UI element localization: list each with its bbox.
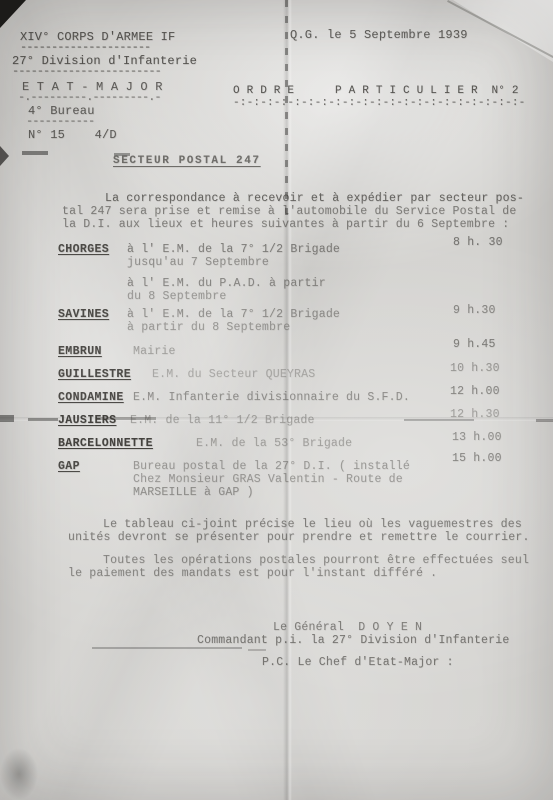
- schedule-detail: à l' E.M. du P.A.D. à partir: [127, 277, 326, 290]
- schedule-detail: à l' E.M. de la 7° 1/2 Brigade: [127, 308, 340, 321]
- closing-line: Le tableau ci-joint précise le lieu où l…: [103, 518, 522, 531]
- letterhead-rule: -----------: [26, 114, 94, 128]
- schedule-detail: Bureau postal de la 27° D.I. ( installé: [133, 460, 410, 473]
- schedule-detail: E.M. du Secteur QUEYRAS: [152, 368, 315, 381]
- schedule-detail: Mairie: [133, 345, 176, 358]
- schedule-time: 15 h.00: [452, 452, 502, 465]
- crease-mark: [22, 151, 48, 155]
- intro-line: La correspondance à recevoir et à expédi…: [105, 192, 524, 205]
- folded-corner-top-right: [453, 0, 553, 62]
- order-title: O R D R E P A R T I C U L I E R N° 2: [233, 85, 519, 97]
- schedule-place-condamine: CONDAMINE: [58, 391, 124, 404]
- schedule-place-chorges: CHORGES: [58, 243, 109, 256]
- letterhead-rule: -.---------.---------.-: [18, 90, 161, 104]
- closing-line: unités devront se présenter pour prendre…: [68, 531, 530, 544]
- dateline: Q.G. le 5 Septembre 1939: [290, 28, 468, 42]
- closing-line: le paiement des mandats est pour l'insta…: [68, 567, 437, 580]
- schedule-place-savines: SAVINES: [58, 308, 109, 321]
- scratch-mark: [248, 649, 266, 651]
- closing-line: Toutes les opérations postales pourront …: [103, 554, 529, 567]
- schedule-detail: du 8 Septembre: [127, 290, 226, 303]
- schedule-place-jausiers: JAUSIERS: [58, 414, 116, 427]
- letterhead-rule: ------------------------: [12, 64, 161, 78]
- schedule-place-barcelonnette: BARCELONNETTE: [58, 437, 153, 450]
- letterhead-rule: ---------------------: [20, 40, 150, 54]
- schedule-time: 12 h.00: [450, 385, 500, 398]
- reference-number: N° 15 4/D: [28, 128, 117, 142]
- schedule-detail: E.M. Infanterie divisionnaire du S.F.D.: [133, 391, 410, 404]
- schedule-detail: Chez Monsieur GRAS Valentin - Route de: [133, 473, 403, 486]
- scratch-mark: [92, 647, 242, 649]
- signature-role: Commandant p.i. la 27° Division d'Infant…: [197, 634, 509, 647]
- subject-heading: SECTEUR POSTAL 247: [113, 155, 261, 167]
- crease-mark: [28, 418, 58, 421]
- smudge-bottom-left: [0, 748, 38, 800]
- schedule-place-embrun: EMBRUN: [58, 345, 102, 358]
- schedule-time: 9 h.30: [453, 304, 496, 317]
- intro-line: tal 247 sera prise et remise à l'automob…: [62, 205, 516, 218]
- signature-officer: Le Général D O Y E N: [273, 621, 422, 634]
- schedule-time: 12 h.30: [450, 408, 500, 421]
- schedule-detail: E.M. de la 11° 1/2 Brigade: [130, 414, 315, 427]
- schedule-time: 8 h. 30: [453, 236, 503, 249]
- schedule-detail: à l' E.M. de la 7° 1/2 Brigade: [127, 243, 340, 256]
- order-title-underline: -:-:-:-:-:-:-:-:-:-:-:-:-:-:-:-:-:-:-:-:…: [233, 97, 525, 109]
- schedule-place-guillestre: GUILLESTRE: [58, 368, 131, 381]
- signature-po-line: P.C. Le Chef d'Etat-Major :: [262, 656, 454, 669]
- schedule-time: 13 h.00: [452, 431, 502, 444]
- schedule-place-gap: GAP: [58, 460, 80, 473]
- intro-line: la D.I. aux lieux et heures suivantes à …: [62, 218, 509, 231]
- crease-mark: [536, 419, 553, 422]
- edge-tear-left: [0, 146, 9, 166]
- schedule-detail: E.M. de la 53° Brigade: [196, 437, 352, 450]
- document-page: XIV° CORPS D'ARMEE IF ------------------…: [0, 0, 553, 800]
- schedule-time: 9 h.45: [453, 338, 496, 351]
- schedule-detail: à partir du 8 Septembre: [127, 321, 290, 334]
- schedule-detail: MARSEILLE à GAP ): [133, 486, 254, 499]
- schedule-time: 10 h.30: [450, 362, 500, 375]
- torn-corner-top-left: [0, 0, 26, 28]
- crease-mark: [0, 415, 14, 422]
- schedule-detail: jusqu'au 7 Septembre: [127, 256, 269, 269]
